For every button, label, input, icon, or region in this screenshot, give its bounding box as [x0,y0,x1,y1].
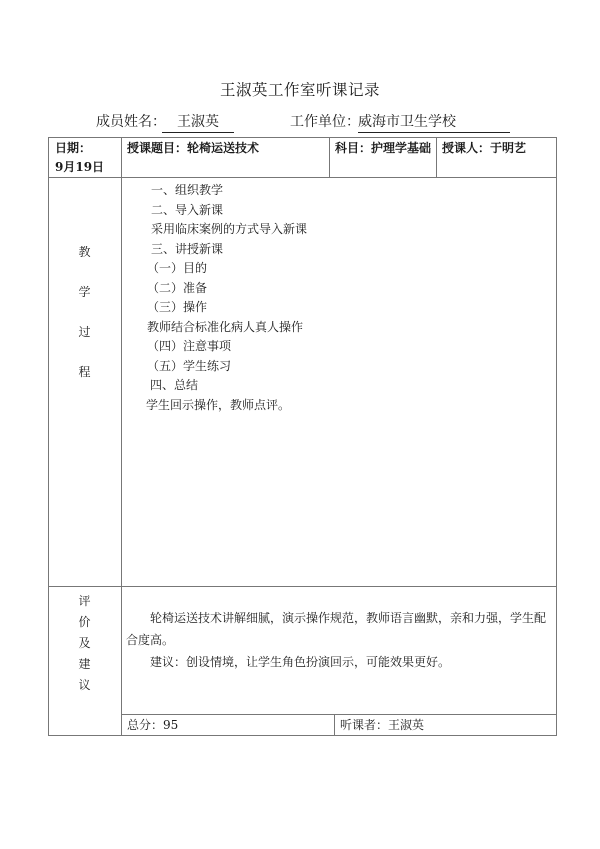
observer-name: 听课者：王淑英 [340,716,424,735]
process-line: 三、讲授新课 [126,240,307,260]
member-name-label: 成员姓名： [96,111,166,131]
evaluation-suggestion: 建议：创设情境，让学生角色扮演回示，可能效果更好。 [126,651,551,673]
process-line: 二、导入新课 [126,201,307,221]
process-line: （一）目的 [126,259,307,279]
work-unit-label: 工作单位： [290,111,360,131]
teaching-process-content: 一、组织教学 二、导入新课 采用临床案例的方式导入新课 三、讲授新课 （一）目的… [126,181,307,415]
lesson-subject: 科目：护理学基础 [335,139,431,158]
eval-label-char: 建 [48,655,121,672]
divider-process-row [48,586,557,587]
lesson-teacher: 授课人：于明艺 [442,139,526,158]
process-line: 一、组织教学 [126,181,307,201]
divider-header-row [48,177,557,178]
process-line: （二）准备 [126,279,307,299]
divider-date-col [121,137,122,736]
evaluation-comment: 轮椅运送技术讲解细腻，演示操作规范，教师语言幽默，亲和力强，学生配合度高。 [126,607,551,651]
divider-score-col [334,714,335,736]
process-label-char: 教 [48,243,121,260]
eval-label-char: 评 [48,592,121,609]
divider-eval-row [121,714,557,715]
process-line: 学生回示操作，教师点评。 [126,396,307,416]
process-line: 采用临床案例的方式导入新课 [126,220,307,240]
total-score: 总分：95 [127,716,178,735]
lesson-topic: 授课题目：轮椅运送技术 [127,139,259,158]
process-label-char: 学 [48,283,121,300]
process-label-char: 过 [48,323,121,340]
process-line: 教师结合标准化病人真人操作 [126,318,307,338]
date-label: 日期： [55,139,91,158]
eval-label-char: 及 [48,634,121,651]
divider-subject-col [329,137,330,177]
document-title: 王淑英工作室听课记录 [0,78,600,100]
member-name-value: 王淑英 [162,111,234,133]
process-line: （四）注意事项 [126,337,307,357]
process-label-char: 程 [48,363,121,380]
process-line: （五）学生练习 [126,357,307,377]
eval-label-char: 价 [48,613,121,630]
process-line: （三）操作 [126,298,307,318]
eval-label-char: 议 [48,676,121,693]
divider-teacher-col [436,137,437,177]
evaluation-content: 轮椅运送技术讲解细腻，演示操作规范，教师语言幽默，亲和力强，学生配合度高。 建议… [126,607,551,673]
work-unit-value: 威海市卫生学校 [358,111,510,133]
date-value: 9月19日 [55,158,104,177]
process-line: 四、总结 [126,376,307,396]
document-meta: 成员姓名： 王淑英 工作单位： 威海市卫生学校 [0,111,600,133]
